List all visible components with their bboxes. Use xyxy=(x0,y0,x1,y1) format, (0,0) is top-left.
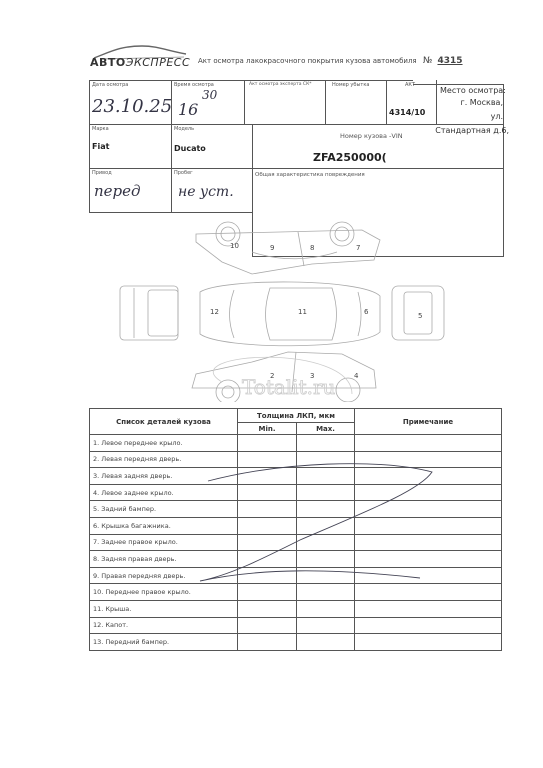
cell-note[interactable] xyxy=(355,634,502,651)
cell-min[interactable] xyxy=(238,551,297,568)
claim-number-label: Номер убытка xyxy=(332,82,369,88)
cell-min[interactable] xyxy=(238,451,297,468)
cell-name: 2. Левая передняя дверь. xyxy=(90,451,238,468)
cell-min[interactable] xyxy=(238,617,297,634)
car-body-diagram: 10 9 8 7 12 11 6 5 2 3 4 Totalit.ru xyxy=(112,212,452,402)
car-top-view xyxy=(200,282,380,346)
car-right-side-view xyxy=(196,222,380,274)
place-line: г. Москва, xyxy=(435,96,503,110)
cell-min[interactable] xyxy=(238,634,297,651)
cell-min[interactable] xyxy=(238,468,297,485)
cell-max[interactable] xyxy=(297,451,355,468)
cell-max[interactable] xyxy=(297,501,355,518)
cell-note[interactable] xyxy=(355,484,502,501)
cell-note[interactable] xyxy=(355,468,502,485)
table-row: 3. Левая задняя дверь. xyxy=(90,468,502,485)
table-row: 11. Крыша. xyxy=(90,600,502,617)
table-row: 4. Левое заднее крыло. xyxy=(90,484,502,501)
mileage-label: Пробег xyxy=(174,170,193,176)
cell-note[interactable] xyxy=(355,435,502,452)
parts-table: Список деталей кузова Толщина ЛКП, мкм П… xyxy=(89,408,502,651)
cell-max[interactable] xyxy=(297,600,355,617)
cell-max[interactable] xyxy=(297,468,355,485)
act-number: 4315 xyxy=(437,56,462,66)
cell-max[interactable] xyxy=(297,634,355,651)
cell-min[interactable] xyxy=(238,517,297,534)
cell-max[interactable] xyxy=(297,551,355,568)
cell-min[interactable] xyxy=(238,435,297,452)
cell-name: 1. Левое переднее крыло. xyxy=(90,435,238,452)
drive-label: Привод xyxy=(92,170,112,176)
header-thickness: Толщина ЛКП, мкм xyxy=(238,409,355,423)
cell-name: 3. Левая задняя дверь. xyxy=(90,468,238,485)
cell-name: 4. Левое заднее крыло. xyxy=(90,484,238,501)
table-row: 1. Левое переднее крыло. xyxy=(90,435,502,452)
cell-name: 12. Капот. xyxy=(90,617,238,634)
car-front-view xyxy=(120,286,178,340)
cell-min[interactable] xyxy=(238,484,297,501)
cell-name: 8. Задняя правая дверь. xyxy=(90,551,238,568)
cell-name: 6. Крышка багажника. xyxy=(90,517,238,534)
place-line: ул. xyxy=(435,110,503,124)
zone-5: 5 xyxy=(418,312,422,320)
cell-min[interactable] xyxy=(238,567,297,584)
place-value: г. Москва, ул. Стандартная д.6, xyxy=(435,96,503,138)
cell-name: 13. Передний бампер. xyxy=(90,634,238,651)
document-title: Акт осмотра лакокрасочного покрытия кузо… xyxy=(198,56,463,66)
time-hours[interactable]: 16 xyxy=(178,100,198,119)
zone-10: 10 xyxy=(230,242,239,250)
vin-label: Номер кузова -VIN xyxy=(340,132,403,140)
cell-max[interactable] xyxy=(297,435,355,452)
drive-value[interactable]: перед xyxy=(94,182,141,200)
cell-name: 11. Крыша. xyxy=(90,600,238,617)
cell-name: 7. Заднее правое крыло. xyxy=(90,534,238,551)
act-value[interactable]: 4314/10 xyxy=(389,108,425,117)
table-row: 5. Задний бампер. xyxy=(90,501,502,518)
table-row: 9. Правая передняя дверь. xyxy=(90,567,502,584)
logo-brand-bold: АВТО xyxy=(90,56,126,69)
cell-min[interactable] xyxy=(238,584,297,601)
cell-note[interactable] xyxy=(355,617,502,634)
table-row: 6. Крышка багажника. xyxy=(90,517,502,534)
place-line: Стандартная д.6, xyxy=(435,124,509,138)
cell-name: 5. Задний бампер. xyxy=(90,501,238,518)
cell-note[interactable] xyxy=(355,567,502,584)
time-minutes[interactable]: 30 xyxy=(202,88,217,102)
cell-max[interactable] xyxy=(297,517,355,534)
place-label: Место осмотра: xyxy=(440,86,506,95)
make-label: Марка xyxy=(92,126,109,132)
cell-max[interactable] xyxy=(297,534,355,551)
damage-summary-label: Общая характеристика повреждения xyxy=(255,172,365,178)
cell-note[interactable] xyxy=(355,501,502,518)
header-max: Max. xyxy=(297,423,355,435)
number-sign: № xyxy=(423,56,432,66)
zone-12: 12 xyxy=(210,308,219,316)
expert-act-label: Акт осмотра эксперта СК* xyxy=(249,82,312,87)
table-row: 2. Левая передняя дверь. xyxy=(90,451,502,468)
cell-note[interactable] xyxy=(355,517,502,534)
zone-9: 9 xyxy=(270,244,274,252)
cell-max[interactable] xyxy=(297,484,355,501)
cell-note[interactable] xyxy=(355,600,502,617)
mileage-value[interactable]: не уст. xyxy=(178,184,234,200)
cell-min[interactable] xyxy=(238,501,297,518)
header-parts: Список деталей кузова xyxy=(90,409,238,435)
cell-min[interactable] xyxy=(238,534,297,551)
cell-max[interactable] xyxy=(297,617,355,634)
logo-brand-thin: ЭКСПРЕСС xyxy=(126,56,190,69)
cell-min[interactable] xyxy=(238,600,297,617)
cell-name: 9. Правая передняя дверь. xyxy=(90,567,238,584)
make-value[interactable]: Fiat xyxy=(92,142,109,151)
table-row: 12. Капот. xyxy=(90,617,502,634)
zone-4: 4 xyxy=(354,372,359,380)
title-text: Акт осмотра лакокрасочного покрытия кузо… xyxy=(198,57,417,65)
zone-7: 7 xyxy=(356,244,360,252)
cell-max[interactable] xyxy=(297,567,355,584)
cell-note[interactable] xyxy=(355,534,502,551)
table-row: 8. Задняя правая дверь. xyxy=(90,551,502,568)
company-logo: АВТОЭКСПРЕСС xyxy=(90,42,190,74)
cell-note[interactable] xyxy=(355,451,502,468)
cell-name: 10. Переднее правое крыло. xyxy=(90,584,238,601)
date-label: Дата осмотра xyxy=(92,82,128,88)
zone-8: 8 xyxy=(310,244,314,252)
table-row: 7. Заднее правое крыло. xyxy=(90,534,502,551)
zone-6: 6 xyxy=(364,308,369,316)
date-value[interactable]: 23.10.25 xyxy=(92,96,172,117)
header-min: Min. xyxy=(238,423,297,435)
model-value[interactable]: Ducato xyxy=(174,144,206,153)
act-label: АКТ xyxy=(405,82,415,88)
table-row: 13. Передний бампер. xyxy=(90,634,502,651)
cell-max[interactable] xyxy=(297,584,355,601)
table-row: 10. Переднее правое крыло. xyxy=(90,584,502,601)
cell-note[interactable] xyxy=(355,551,502,568)
vin-value[interactable]: ZFA250000( xyxy=(313,151,387,164)
zone-11: 11 xyxy=(298,308,307,316)
watermark: Totalit.ru xyxy=(242,375,336,399)
header-note: Примечание xyxy=(355,409,502,435)
cell-note[interactable] xyxy=(355,584,502,601)
model-label: Модель xyxy=(174,126,194,132)
